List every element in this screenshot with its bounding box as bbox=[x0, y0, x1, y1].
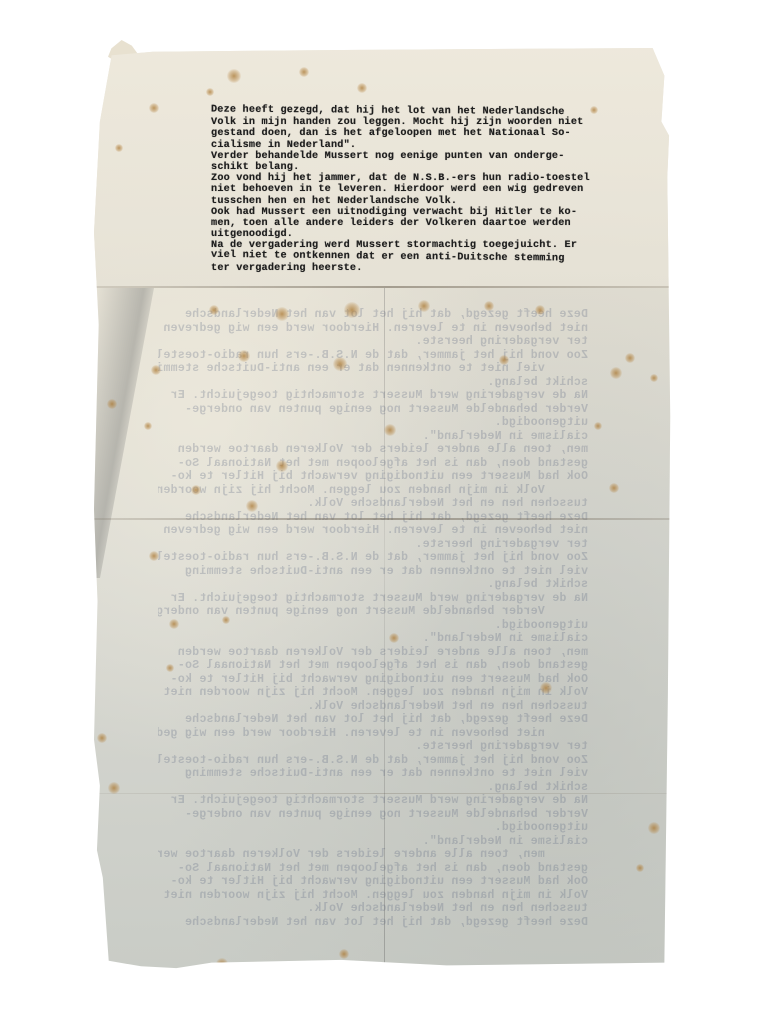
stain-spot bbox=[299, 67, 309, 77]
stain-spot bbox=[151, 365, 161, 375]
typed-line: men, toen alle andere leiders der Volker… bbox=[211, 218, 631, 229]
stain-spot bbox=[418, 300, 430, 312]
typed-line: schikt belang. bbox=[211, 162, 631, 173]
stain-spot bbox=[206, 88, 214, 96]
typed-line: Zoo vond hij het jammer, dat de N.S.B.-e… bbox=[211, 173, 631, 184]
fold-shadow bbox=[94, 288, 154, 578]
stain-spot bbox=[144, 422, 152, 430]
stain-spot bbox=[246, 500, 258, 512]
stain-spot bbox=[540, 682, 552, 694]
stain-spot bbox=[610, 367, 622, 379]
stain-spot bbox=[339, 949, 349, 959]
stain-spot bbox=[169, 619, 179, 629]
stain-spot bbox=[389, 633, 399, 643]
typed-line: gestand doen, dan is het afgeloopen met … bbox=[211, 128, 631, 139]
stain-spot bbox=[209, 305, 219, 315]
stain-spot bbox=[238, 350, 250, 362]
stain-spot bbox=[609, 483, 619, 493]
stain-spot bbox=[97, 733, 107, 743]
typed-line: niet behoeven in te leveren. Hierdoor we… bbox=[211, 184, 631, 195]
typed-line: tusschen hen en het Nederlandsche Volk. bbox=[211, 196, 631, 207]
stain-spot bbox=[648, 822, 660, 834]
stain-spot bbox=[275, 307, 289, 321]
stain-spot bbox=[216, 958, 228, 970]
typed-line: cialisme in Nederland". bbox=[211, 140, 631, 151]
stain-spot bbox=[650, 374, 658, 382]
typed-line: Ook had Mussert een uitnodiging verwacht… bbox=[211, 207, 631, 218]
stain-spot bbox=[357, 83, 367, 93]
stain-spot bbox=[166, 664, 174, 672]
stain-spot bbox=[636, 864, 644, 872]
fold-line-middle bbox=[94, 518, 682, 520]
document-page: Deze heeft gezegd, dat hij het lot van h… bbox=[94, 48, 682, 970]
stain-spot bbox=[191, 485, 201, 495]
stain-spot bbox=[222, 616, 230, 624]
typed-line: uitgenoodigd. bbox=[211, 229, 631, 240]
stain-spot bbox=[149, 103, 159, 113]
stain-spot bbox=[344, 302, 360, 318]
fold-line-lower bbox=[94, 793, 682, 794]
stain-spot bbox=[149, 551, 159, 561]
bleed-through-text: Deze heeft gezegd, dat hij het lot van h… bbox=[158, 308, 588, 948]
typed-text-block: Deze heeft gezegd, dat hij het lot van h… bbox=[211, 106, 631, 274]
stain-spot bbox=[108, 782, 120, 794]
stain-spot bbox=[499, 355, 509, 365]
stain-spot bbox=[535, 305, 545, 315]
stain-spot bbox=[484, 301, 494, 311]
stain-spot bbox=[227, 69, 241, 83]
typed-line: Volk in mijn handen zou leggen. Mocht hi… bbox=[211, 117, 631, 128]
stain-spot bbox=[384, 424, 396, 436]
stain-spot bbox=[594, 422, 602, 430]
stain-spot bbox=[625, 353, 635, 363]
stain-spot bbox=[115, 144, 123, 152]
stain-spot bbox=[107, 399, 117, 409]
typed-line: Verder behandelde Mussert nog eenige pun… bbox=[211, 151, 631, 162]
stain-spot bbox=[276, 460, 288, 472]
vertical-crease bbox=[384, 288, 385, 968]
stain-spot bbox=[333, 357, 347, 371]
fold-line-upper bbox=[94, 286, 682, 288]
